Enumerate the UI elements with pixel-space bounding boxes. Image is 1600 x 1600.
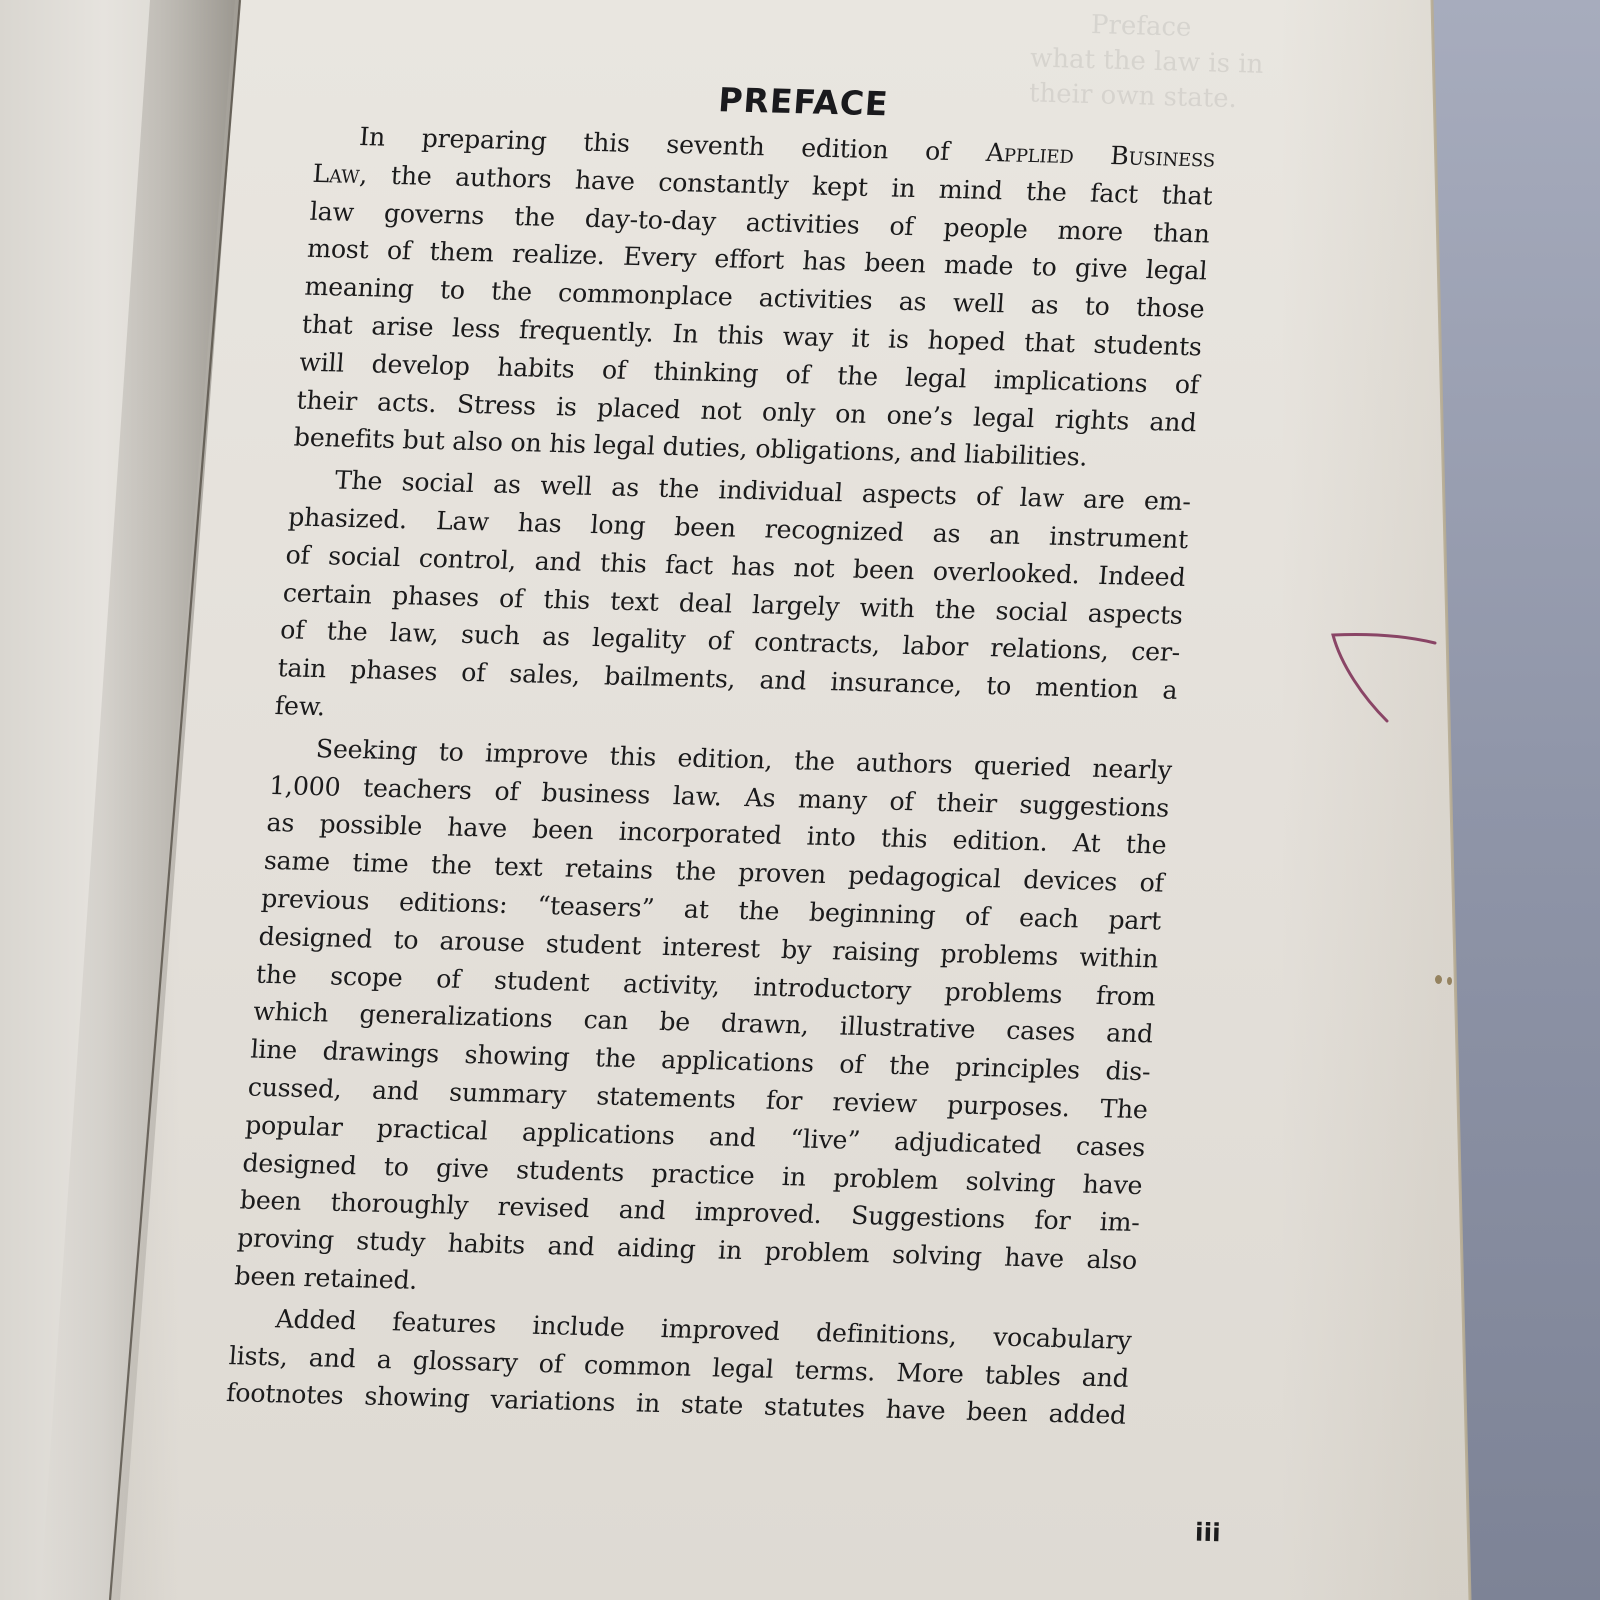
preface-body: In preparing this seventh edition of App… — [225, 117, 1216, 1435]
book-photo: Preface what the law is in their own sta… — [0, 0, 1600, 1600]
page-number: iii — [1195, 1518, 1221, 1548]
paragraph: In preparing this seventh edition of App… — [293, 117, 1217, 479]
paper-stain — [1447, 977, 1452, 985]
preface-text-block: PREFACE In preparing this seventh editio… — [225, 70, 1220, 1435]
paragraph: The social as well as the individual asp… — [274, 461, 1192, 748]
paper-stain — [1435, 975, 1442, 984]
paragraph: Added features include improved definiti… — [225, 1299, 1133, 1435]
book-title-smallcaps: Applied Business — [985, 138, 1216, 173]
paragraph: Seeking to improve this edition, the aut… — [233, 729, 1173, 1318]
pen-check-mark — [1315, 625, 1445, 735]
book-title-smallcaps: Law — [312, 159, 361, 189]
